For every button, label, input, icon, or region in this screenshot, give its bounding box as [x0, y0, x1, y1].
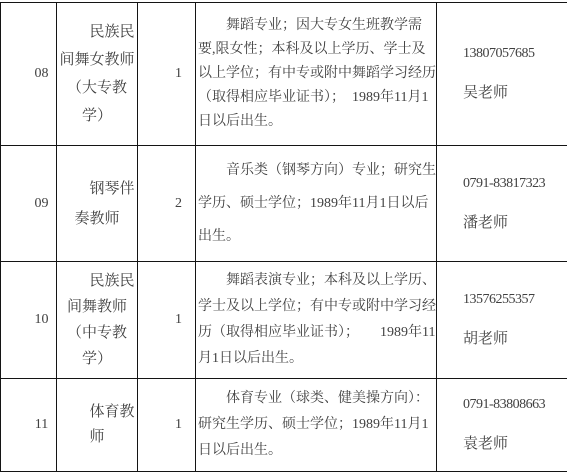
- contact-cell: 13807057685 吴老师: [437, 3, 567, 146]
- row-number-cell: 09: [1, 146, 57, 262]
- requirements-cell: 音乐类（钢琴方向）专业；研究生 学历、硕士学位；1989年11月1日以后 出生。: [196, 146, 437, 262]
- contact-name: 胡老师: [463, 327, 567, 348]
- contact-phone: 13807057685: [463, 46, 567, 62]
- position-cell: 民族民 间舞女教师 （大专教 学）: [57, 3, 138, 146]
- row-number-cell: 11: [1, 379, 57, 472]
- contact-cell: 13576255357 胡老师: [437, 262, 567, 379]
- position-cell: 体育教 师: [57, 379, 138, 472]
- contact-phone: 0791-83808663: [463, 397, 567, 413]
- position-cell: 民族民 间舞教师 （中专教 学）: [57, 262, 138, 379]
- requirements-cell: 体育专业（球类、健美操方向）： 研究生学历、硕士学位；1989年11月1 日以后…: [196, 379, 437, 472]
- requirements-cell: 舞蹈表演专业；本科及以上学历、 学士及以上学位；有中专或附中学习经 历（取得相应…: [196, 262, 437, 379]
- contact-phone: 13576255357: [463, 292, 567, 308]
- contact-name: 潘老师: [463, 211, 567, 232]
- contact-cell: 0791-83817323 潘老师: [437, 146, 567, 262]
- contact-cell: 0791-83808663 袁老师: [437, 379, 567, 472]
- requirements-cell: 舞蹈专业；因大专女生班教学需 要,限女性；本科及以上学历、学士及 以上学位；有中…: [196, 3, 437, 146]
- table-row: 11 体育教 师 1 体育专业（球类、健美操方向）： 研究生学历、硕士学位；19…: [1, 379, 567, 472]
- table-row: 08 民族民 间舞女教师 （大专教 学） 1 舞蹈专业；因大专女生班教学需 要,…: [1, 3, 567, 146]
- count-cell: 1: [138, 3, 196, 146]
- contact-phone: 0791-83817323: [463, 176, 567, 192]
- count-cell: 1: [138, 262, 196, 379]
- recruitment-table: 08 民族民 间舞女教师 （大专教 学） 1 舞蹈专业；因大专女生班教学需 要,…: [0, 2, 567, 472]
- count-cell: 1: [138, 379, 196, 472]
- count-cell: 2: [138, 146, 196, 262]
- contact-name: 吴老师: [463, 81, 567, 102]
- row-number-cell: 08: [1, 3, 57, 146]
- table-row: 10 民族民 间舞教师 （中专教 学） 1 舞蹈表演专业；本科及以上学历、 学士…: [1, 262, 567, 379]
- row-number-cell: 10: [1, 262, 57, 379]
- position-cell: 钢琴伴 奏教师: [57, 146, 138, 262]
- contact-name: 袁老师: [463, 432, 567, 453]
- table-row: 09 钢琴伴 奏教师 2 音乐类（钢琴方向）专业；研究生 学历、硕士学位；198…: [1, 146, 567, 262]
